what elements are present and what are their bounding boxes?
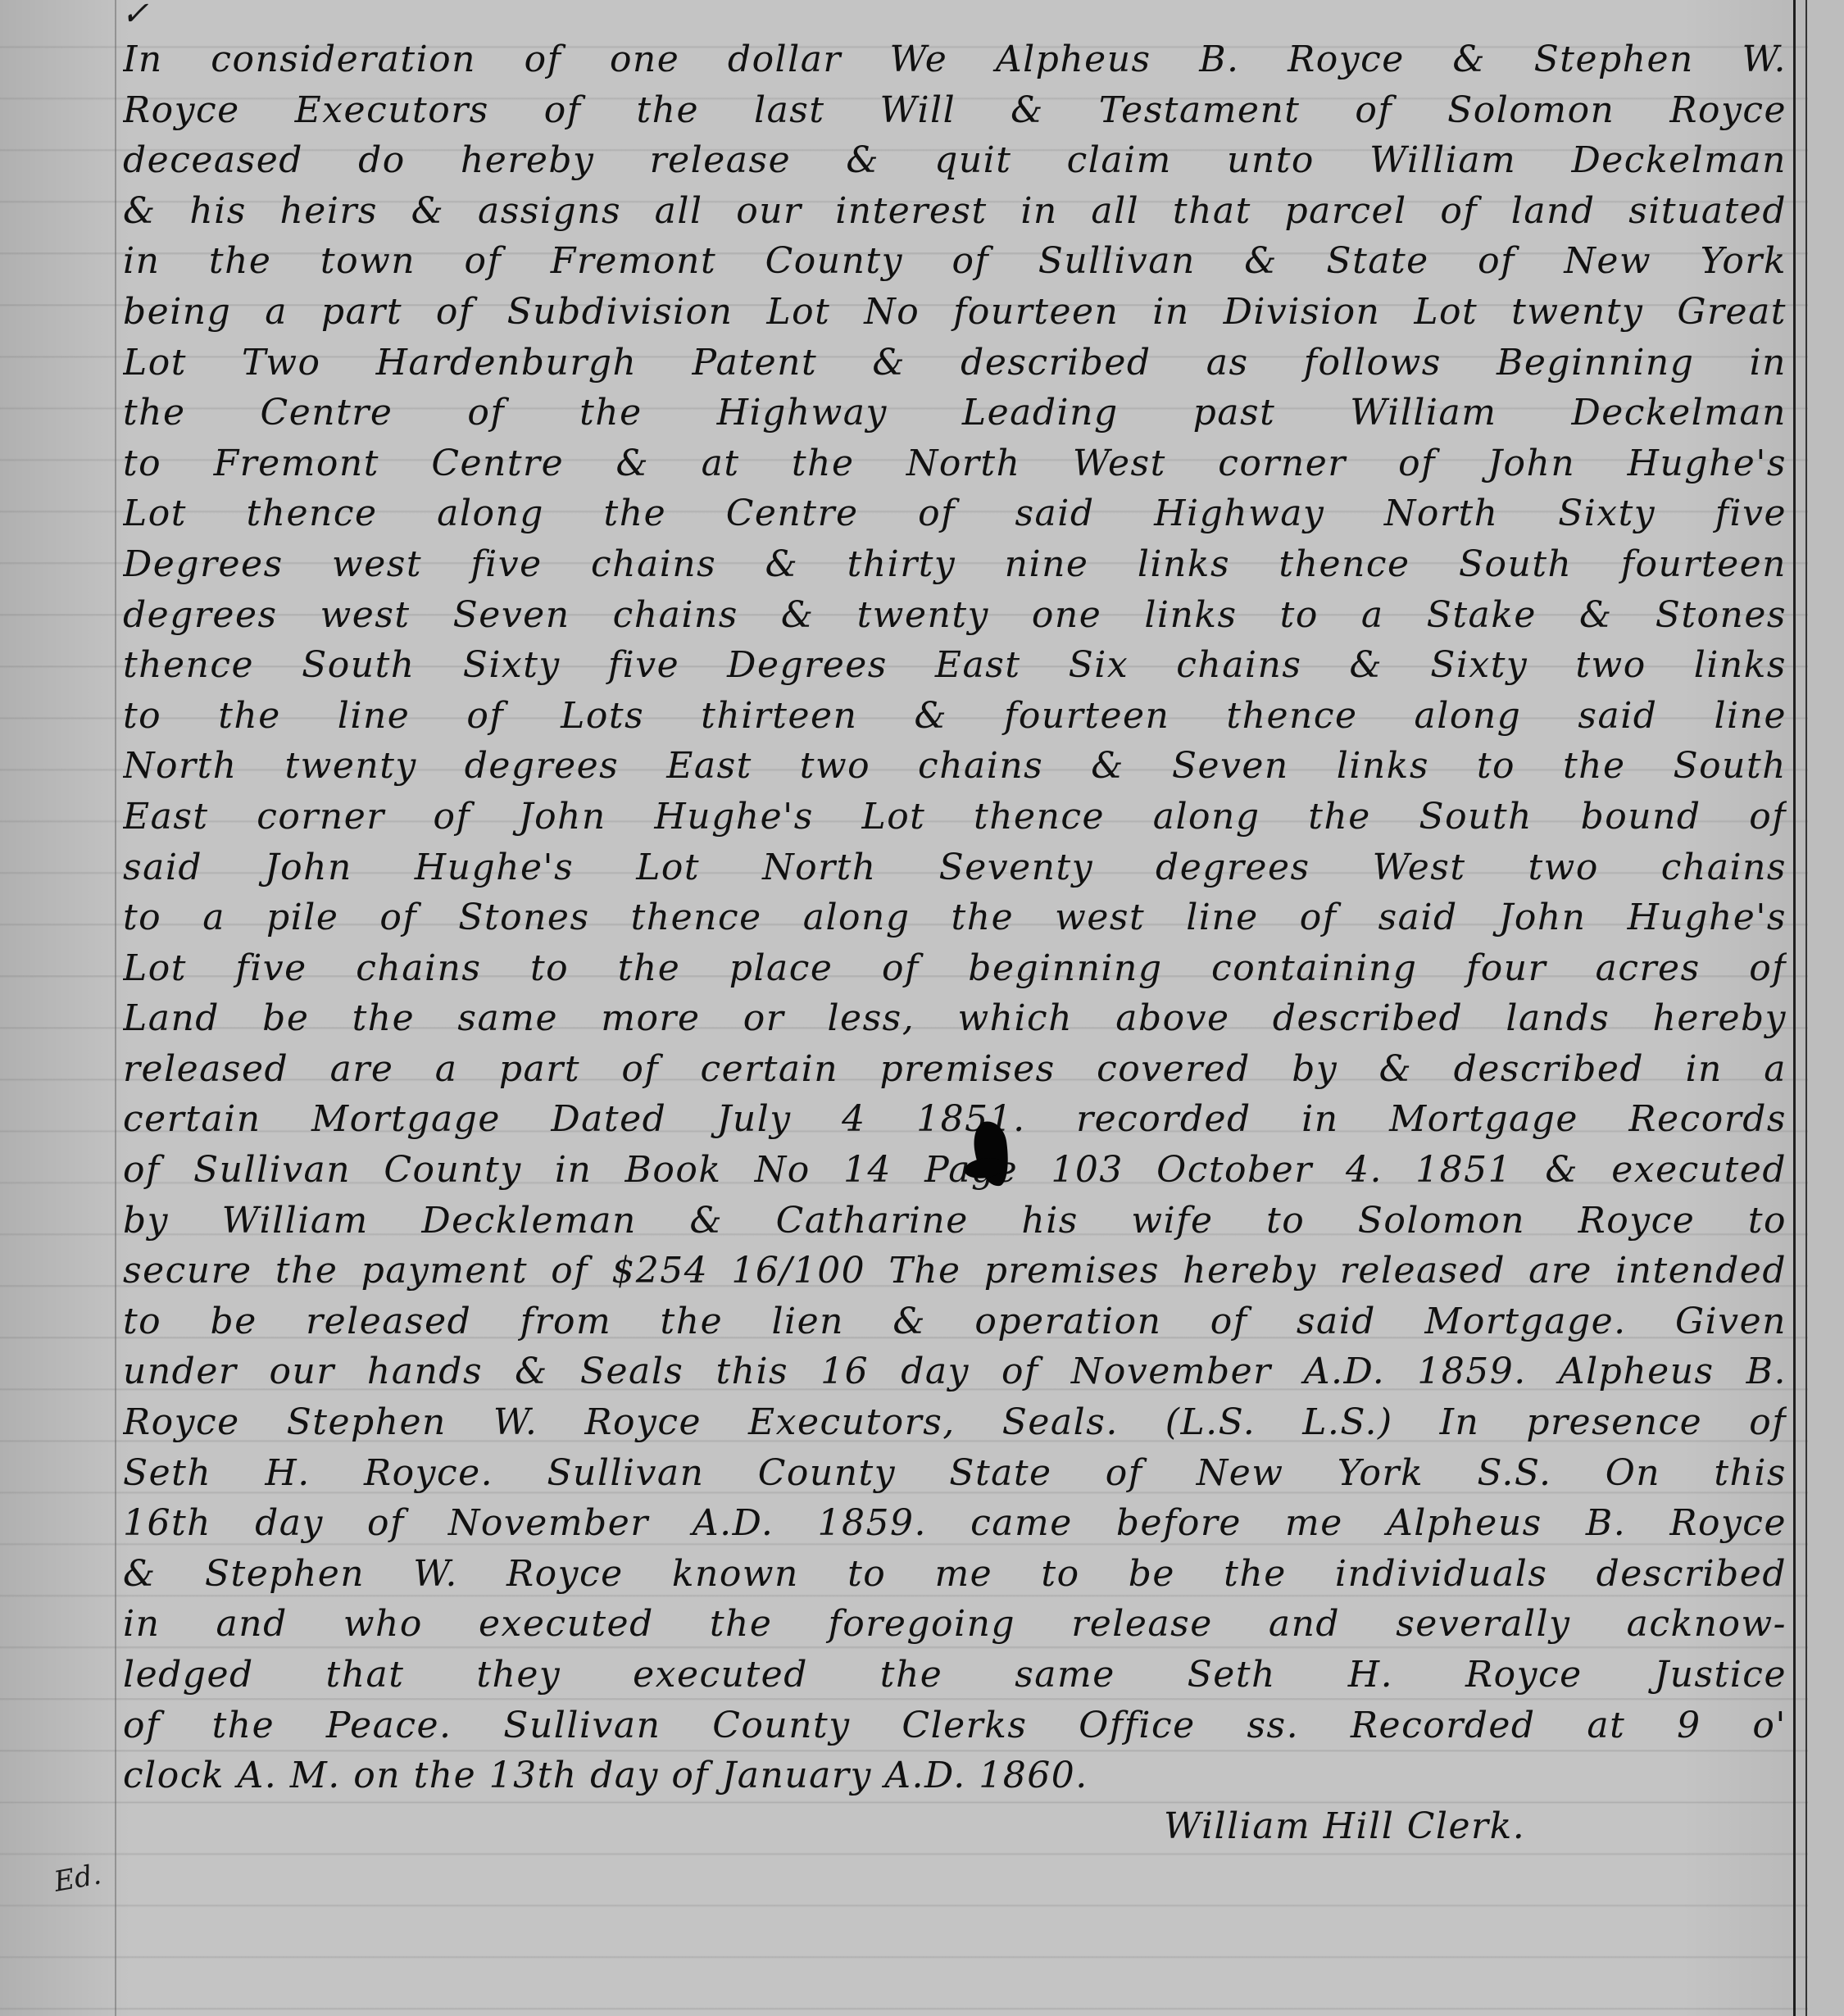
deed-line: of Sullivan County in Book No 14 Page 10… [123,1145,1787,1196]
deed-line: thence South Sixty five Degrees East Six… [123,640,1787,691]
deed-line: Degrees west five chains & thirty nine l… [123,539,1787,590]
deed-line: being a part of Subdivision Lot No fourt… [123,287,1787,338]
deed-line: in the town of Fremont County of Sulliva… [123,236,1787,287]
deed-line: & his heirs & assigns all our interest i… [123,186,1787,237]
deed-line: deceased do hereby release & quit claim … [123,135,1787,186]
deed-line: degrees west Seven chains & twenty one l… [123,590,1787,641]
deed-line: Lot thence along the Centre of said High… [123,488,1787,539]
left-margin-rule [115,0,116,2016]
deed-line: In consideration of one dollar We Alpheu… [123,34,1787,85]
deed-line: secure the payment of $254 16/100 The pr… [123,1246,1787,1296]
deed-line: to a pile of Stones thence along the wes… [123,892,1787,943]
deed-line: by William Deckleman & Catharine his wif… [123,1196,1787,1246]
deed-line: Royce Stephen W. Royce Executors, Seals.… [123,1397,1787,1448]
deed-line: clock A. M. on the 13th day of January A… [123,1750,1787,1801]
deed-line: & Stephen W. Royce known to me to be the… [123,1549,1787,1600]
deed-line: Lot five chains to the place of beginnin… [123,943,1787,994]
clerk-signature: William Hill Clerk. [123,1801,1787,1852]
right-border-rule-inner [1805,0,1807,2016]
deed-line: 16th day of November A.D. 1859. came bef… [123,1498,1787,1549]
deed-text: In consideration of one dollar We Alpheu… [123,34,1787,1851]
deed-line: in and who executed the foregoing releas… [123,1599,1787,1650]
deed-line: to be released from the lien & operation… [123,1296,1787,1347]
ledger-page: ✓ In consideration of one dollar We Alph… [0,0,1844,2016]
right-margin-strip [1808,0,1844,2016]
deed-line: ledged that they executed the same Seth … [123,1650,1787,1700]
deed-line: certain Mortgage Dated July 4 1851. reco… [123,1094,1787,1145]
deed-line: Land be the same more or less, which abo… [123,993,1787,1044]
margin-note-ed: Ed. [52,1858,103,1898]
deed-line: Royce Executors of the last Will & Testa… [123,85,1787,136]
deed-line: East corner of John Hughe's Lot thence a… [123,792,1787,842]
deed-line: the Centre of the Highway Leading past W… [123,388,1787,438]
deed-line: Seth H. Royce. Sullivan County State of … [123,1448,1787,1499]
right-border-rule [1793,0,1796,2016]
deed-line: to Fremont Centre & at the North West co… [123,438,1787,489]
deed-line: said John Hughe's Lot North Seventy degr… [123,842,1787,893]
check-mark-icon: ✓ [121,0,149,33]
deed-line: of the Peace. Sullivan County Clerks Off… [123,1700,1787,1751]
deed-line: Lot Two Hardenburgh Patent & described a… [123,338,1787,388]
deed-line: released are a part of certain premises … [123,1044,1787,1095]
deed-line: to the line of Lots thirteen & fourteen … [123,691,1787,742]
deed-line: North twenty degrees East two chains & S… [123,741,1787,792]
deed-line: under our hands & Seals this 16 day of N… [123,1346,1787,1397]
